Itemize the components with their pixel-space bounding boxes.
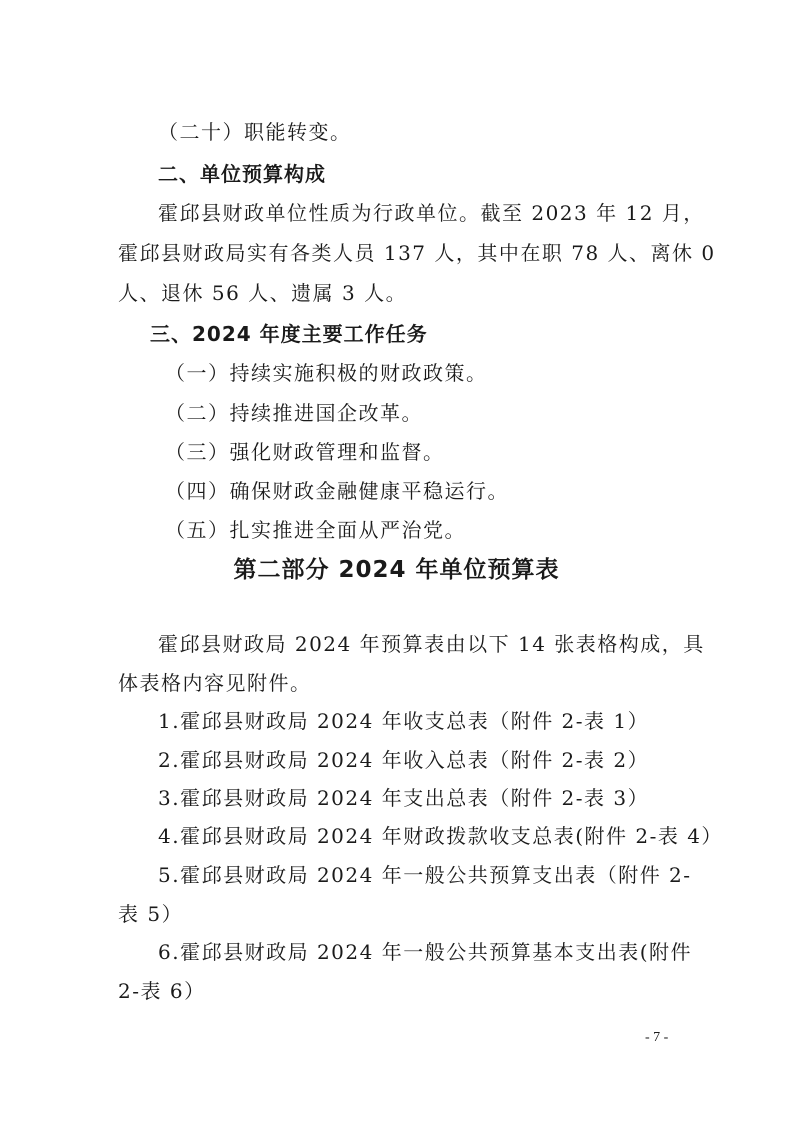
task-item: （三）强化财政管理和监督。	[165, 438, 445, 466]
paragraph-line: 霍邱县财政局 2024 年预算表由以下 14 张表格构成，具	[158, 630, 678, 658]
list-item-20: （二十）职能转变。	[158, 118, 352, 146]
section-heading-budget-composition: 二、单位预算构成	[158, 160, 326, 188]
table-list-item-continuation: 表 5）	[118, 900, 183, 928]
paragraph-line: 霍邱县财政局实有各类人员 137 人，其中在职 78 人、离休 0	[118, 239, 678, 267]
table-list-item: 6.霍邱县财政局 2024 年一般公共预算基本支出表(附件	[158, 938, 678, 966]
paragraph-line: 体表格内容见附件。	[118, 669, 312, 697]
paragraph-line: 人、退休 56 人、遗属 3 人。	[118, 279, 407, 307]
task-item: （一）持续实施积极的财政政策。	[165, 359, 488, 387]
table-list-item-continuation: 2-表 6）	[118, 977, 206, 1005]
task-item: （二）持续推进国企改革。	[165, 399, 423, 427]
part-title: 第二部分 2024 年单位预算表	[0, 555, 793, 585]
task-item: （五）扎实推进全面从严治党。	[165, 516, 466, 544]
table-list-item: 5.霍邱县财政局 2024 年一般公共预算支出表（附件 2-	[158, 861, 678, 889]
table-list-item: 1.霍邱县财政局 2024 年收支总表（附件 2-表 1）	[158, 707, 649, 735]
task-item: （四）确保财政金融健康平稳运行。	[165, 477, 509, 505]
page-number: - 7 -	[645, 1030, 668, 1046]
table-list-item: 2.霍邱县财政局 2024 年收入总表（附件 2-表 2）	[158, 746, 649, 774]
table-list-item: 4.霍邱县财政局 2024 年财政拨款收支总表(附件 2-表 4）	[158, 822, 723, 850]
paragraph-line: 霍邱县财政单位性质为行政单位。截至 2023 年 12 月，	[158, 199, 678, 227]
section-heading-2024-tasks: 三、2024 年度主要工作任务	[150, 320, 428, 348]
table-list-item: 3.霍邱县财政局 2024 年支出总表（附件 2-表 3）	[158, 784, 649, 812]
